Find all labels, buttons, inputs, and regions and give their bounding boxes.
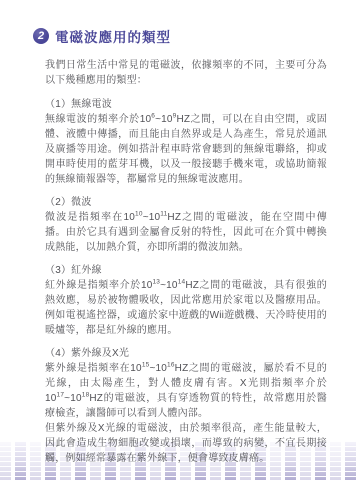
numbered-badge-icon: 2 <box>33 28 49 44</box>
section-heading: （2）微波 <box>45 195 327 210</box>
textbook-page: 2 電磁波應用的類型 我們日常生活中常見的電磁波，依據頻率的不同，主要可分為以下… <box>0 0 360 480</box>
intro-paragraph: 我們日常生活中常見的電磁波，依據頻率的不同，主要可分為以下幾種應用的類型： <box>45 58 327 88</box>
section-heading: （3）紅外線 <box>45 263 327 278</box>
section-heading: （1）無線電波 <box>45 97 327 112</box>
section-heading: （4）紫外線及X光 <box>45 346 327 361</box>
section-microwaves: （2）微波 微波是指頻率在1010~1011HZ之間的電磁波，能在空間中傳播。由… <box>45 195 327 255</box>
section-radio-waves: （1）無線電波 無線電波的頻率介於106~109HZ之間，可以在自由空間，或固體… <box>45 97 327 187</box>
section-paragraph: 微波是指頻率在1010~1011HZ之間的電磁波，能在空間中傳播。由於它具有遇到… <box>45 210 327 255</box>
section-paragraph: 無線電波的頻率介於106~109HZ之間，可以在自由空間，或固體、液體中傳播，而… <box>45 112 327 187</box>
section-paragraph: 紫外線是指頻率在1015~1016HZ之間的電磁波，屬於看不見的光線，由太陽產生… <box>45 361 327 421</box>
section-header: 2 電磁波應用的類型 <box>33 26 327 46</box>
page-title: 電磁波應用的類型 <box>55 26 171 46</box>
page-content: 2 電磁波應用的類型 我們日常生活中常見的電磁波，依據頻率的不同，主要可分為以下… <box>0 0 360 466</box>
section-infrared: （3）紅外線 紅外線是指頻率介於1013~1014HZ之間的電磁波，具有很強的熱… <box>45 263 327 338</box>
section-paragraph: 紅外線是指頻率介於1013~1014HZ之間的電磁波，具有很強的熱效應，易於被物… <box>45 278 327 338</box>
section-ultraviolet-xray: （4）紫外線及X光 紫外線是指頻率在1015~1016HZ之間的電磁波，屬於看不… <box>45 346 327 466</box>
section-paragraph: 但紫外線及X光線的電磁波，由於頻率很高，產生能量較大，因此會造成生物細胞改變或損… <box>45 421 327 466</box>
